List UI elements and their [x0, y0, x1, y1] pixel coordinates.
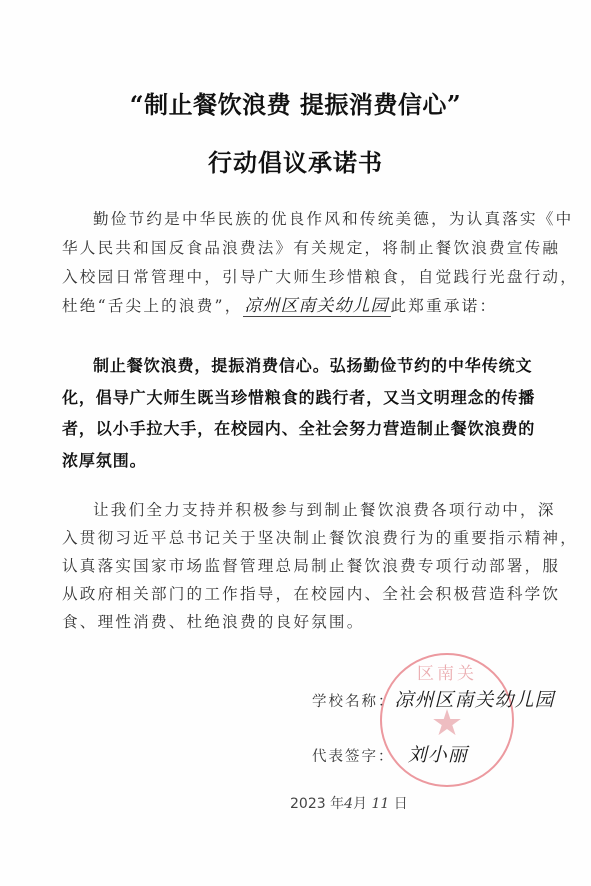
document-page: “制止餐饮浪费 提振消费信心” 行动倡议承诺书 勤俭节约是中华民族的优良作风和传… [0, 0, 591, 886]
line-suffix: 此郑重承诺： [391, 297, 498, 315]
date-month-label: 月 [353, 796, 367, 812]
representative-label: 代表签字： [312, 749, 395, 765]
paragraph-line: 食、理性消费、杜绝浪费的良好氛围。 [62, 608, 527, 636]
paragraph-line: 制止餐饮浪费，提振消费信心。弘扬勤俭节约的中华传统文 [62, 350, 527, 382]
representative-signature: 刘小丽 [408, 744, 468, 766]
paragraph-line: 入校园日常管理中，引导广大师生珍惜粮食，自觉践行光盘行动， [62, 263, 527, 292]
paragraph-line: 从政府相关部门的工作指导，在校园内、全社会积极营造科学饮 [62, 580, 527, 608]
date-year: 2023 [290, 796, 326, 812]
date-month: 4 [344, 796, 353, 812]
handwritten-school-name: 凉州区南关幼儿园 [243, 296, 391, 317]
line-prefix: 杜绝“舌尖上的浪费”， [62, 297, 243, 315]
paragraph-line: 化，倡导广大师生既当珍惜粮食的践行者，又当文明理念的传播 [62, 382, 527, 414]
paragraph-line: 勤俭节约是中华民族的优良作风和传统美德，为认真落实《中 [62, 205, 527, 234]
document-title: “制止餐饮浪费 提振消费信心” [0, 85, 591, 120]
document-subtitle: 行动倡议承诺书 [0, 143, 591, 178]
paragraph-line: 认真落实国家市场监督管理总局制止餐饮浪费专项行动部署，服 [62, 552, 527, 580]
paragraph-line: 入贯彻习近平总书记关于坚决制止餐饮浪费行为的重要指示精神， [62, 524, 527, 552]
paragraph-line: 者，以小手拉大手，在校园内、全社会努力营造制止餐饮浪费的 [62, 413, 527, 445]
school-name-row: 学校名称：凉州区南关幼儿园 [312, 685, 555, 712]
date-day: 11 [371, 796, 389, 812]
date-day-label: 日 [394, 796, 408, 812]
paragraph-pledge: 制止餐饮浪费，提振消费信心。弘扬勤俭节约的中华传统文 化，倡导广大师生既当珍惜粮… [62, 350, 527, 476]
school-name-signature: 凉州区南关幼儿园 [395, 689, 555, 711]
school-name-label: 学校名称： [312, 694, 395, 710]
paragraph-line: 华人民共和国反食品浪费法》有关规定，将制止餐饮浪费宣传融 [62, 234, 527, 263]
paragraph-intro: 勤俭节约是中华民族的优良作风和传统美德，为认真落实《中 华人民共和国反食品浪费法… [62, 205, 527, 321]
representative-row: 代表签字： 刘小丽 [312, 740, 468, 767]
paragraph-action: 让我们全力支持并积极参与到制止餐饮浪费各项行动中，深 入贯彻习近平总书记关于坚决… [62, 496, 527, 636]
paragraph-line-with-signature: 杜绝“舌尖上的浪费”，凉州区南关幼儿园此郑重承诺： [62, 292, 527, 321]
paragraph-line: 浓厚氛围。 [62, 445, 527, 477]
document-date: 2023 年4月 11 日 [290, 793, 408, 813]
date-year-label: 年 [330, 796, 344, 812]
stamp-text: 区南关 [382, 659, 512, 684]
paragraph-line: 让我们全力支持并积极参与到制止餐饮浪费各项行动中，深 [62, 496, 527, 524]
